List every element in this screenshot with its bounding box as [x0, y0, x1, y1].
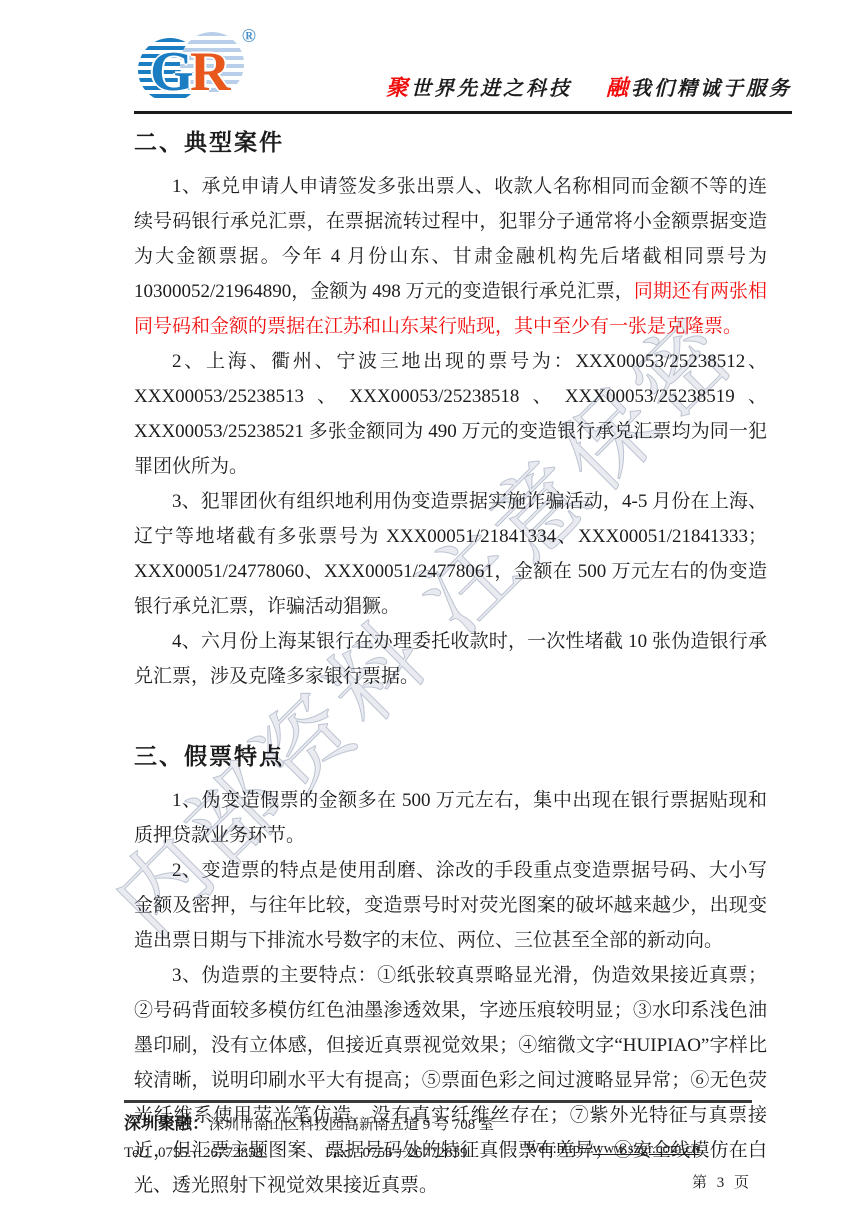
page-footer: 深圳聚融：深圳市南山区科技园高新南五道 9 号 708 室 Tel：0755－2…	[124, 1100, 752, 1192]
website: Web:http://www.szgr.com.cn	[526, 1141, 700, 1162]
footer-divider	[124, 1100, 752, 1103]
paragraph-text: 2、变造票的特点是使用刮磨、涂改的手段重点变造票据号码、大小写金额及密押，与往年…	[134, 860, 767, 951]
paragraph-text: 4、六月份上海某银行在办理委托收款时，一次性堵截 10 张伪造银行承兑汇票，涉及…	[134, 631, 767, 687]
paragraph: 2、上海、衢州、宁波三地出现的票号为：XXX00053/25238512、XXX…	[134, 344, 767, 484]
slogan-accent-1: 聚	[386, 75, 411, 100]
slogan-text-2: 我们精诚于服务	[631, 78, 792, 100]
tel-label: Tel：	[124, 1145, 158, 1161]
paragraph: 4、六月份上海某银行在办理委托收款时，一次性堵截 10 张伪造银行承兑汇票，涉及…	[134, 624, 767, 694]
registered-trademark-icon: ®	[242, 26, 256, 48]
telephone: Tel：0755－26772858	[124, 1141, 263, 1162]
document-body: 二、典型案件 1、承兑申请人申请签发多张出票人、收款人名称相同而金额不等的连续号…	[134, 124, 767, 1203]
page-header: G R ® 聚世界先进之科技融我们精诚于服务	[0, 0, 864, 104]
page-number: 第 3 页	[124, 1171, 752, 1192]
paragraph: 3、犯罪团伙有组织地利用伪变造票据实施诈骗活动，4-5 月份在上海、辽宁等地堵截…	[134, 484, 767, 624]
slogan-accent-2: 融	[606, 75, 631, 100]
company-slogan: 聚世界先进之科技融我们精诚于服务	[386, 71, 792, 104]
paragraph-text: 3、犯罪团伙有组织地利用伪变造票据实施诈骗活动，4-5 月份在上海、辽宁等地堵截…	[134, 491, 767, 617]
fax-value: 0755－26772859	[362, 1145, 467, 1161]
section-heading-typical-cases: 二、典型案件	[134, 124, 767, 157]
document-page: 内部资料 注意保密 G R ® 聚世界先进之科技融我们精诚于服务 二、典型案件 …	[0, 0, 864, 1222]
company-name: 深圳聚融：	[124, 1114, 209, 1133]
tel-value: 0755－26772858	[158, 1145, 263, 1161]
website-link[interactable]: www.szgr.com.cn	[593, 1141, 700, 1157]
slogan-text-1: 世界先进之科技	[411, 78, 572, 100]
paragraph: 1、承兑申请人申请签发多张出票人、收款人名称相同而金额不等的连续号码银行承兑汇票…	[134, 169, 767, 344]
paragraph-text: 1、伪变造假票的金额多在 500 万元左右，集中出现在银行票据贴现和质押贷款业务…	[134, 790, 767, 846]
company-address: 深圳市南山区科技园高新南五道 9 号 708 室	[209, 1117, 494, 1133]
paragraph-text: 2、上海、衢州、宁波三地出现的票号为：XXX00053/25238512、XXX…	[134, 351, 767, 477]
section-heading-fake-note-features: 三、假票特点	[134, 738, 767, 771]
paragraph: 2、变造票的特点是使用刮磨、涂改的手段重点变造票据号码、大小写金额及密押，与往年…	[134, 853, 767, 958]
company-logo: G R ®	[138, 28, 258, 104]
footer-contact-line: Tel：0755－26772858 Fax：0755－26772859 Web:…	[124, 1141, 752, 1162]
logo-letter-g: G	[150, 44, 194, 100]
fax-label: Fax：	[325, 1145, 363, 1161]
logo-letter-r: R	[190, 44, 230, 100]
footer-address-line: 深圳聚融：深圳市南山区科技园高新南五道 9 号 708 室	[124, 1109, 752, 1134]
fax: Fax：0755－26772859	[325, 1141, 468, 1162]
paragraph: 1、伪变造假票的金额多在 500 万元左右，集中出现在银行票据贴现和质押贷款业务…	[134, 783, 767, 853]
header-divider	[134, 111, 792, 114]
web-label: Web:http://	[526, 1141, 593, 1157]
